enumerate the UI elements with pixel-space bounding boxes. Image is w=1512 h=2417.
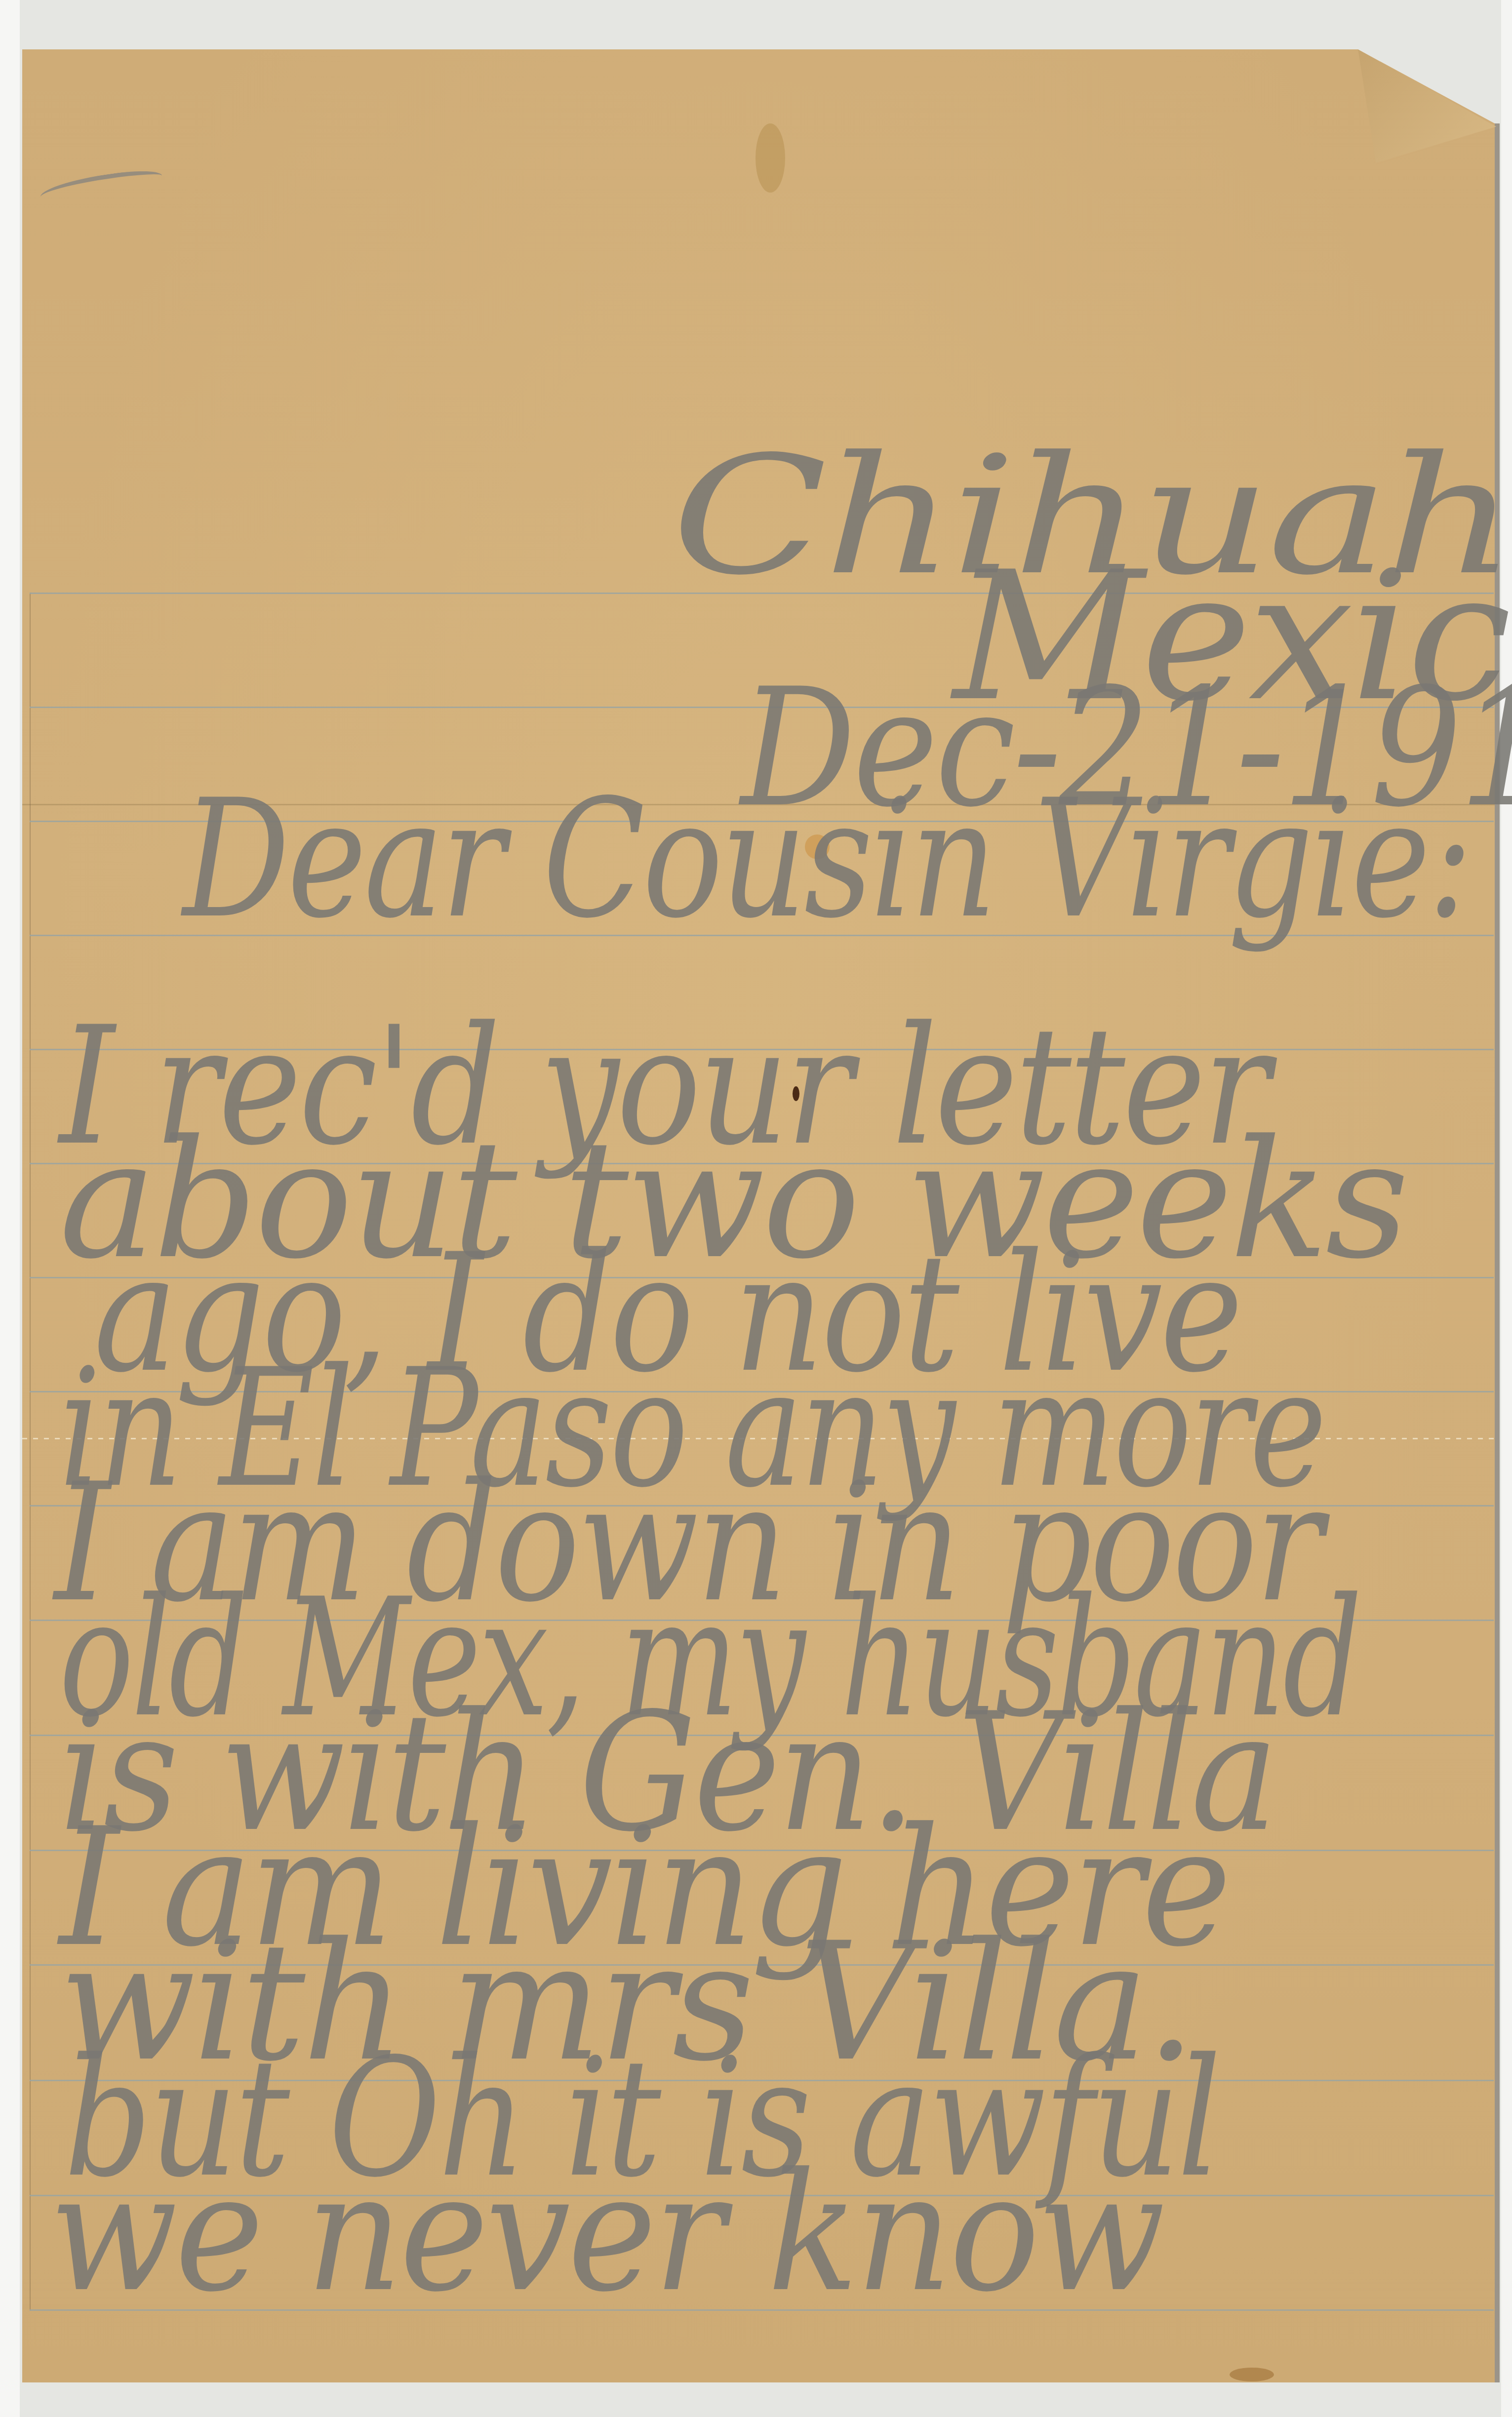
edge-stain (1230, 2368, 1274, 2381)
paper-stain (756, 123, 785, 193)
body-line: we never know (49, 2151, 1162, 2314)
left-margin-line (30, 593, 31, 2311)
salutation: Dear Cousin Virgie: (183, 778, 1471, 941)
scan-background-right (1501, 0, 1512, 2417)
scan-background-left (0, 0, 20, 2417)
